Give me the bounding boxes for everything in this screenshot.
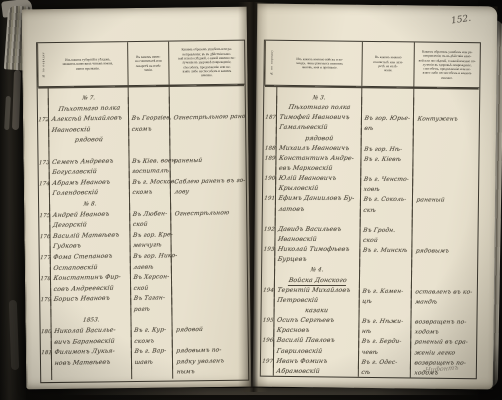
handwritten-text: скѣ <box>363 207 376 213</box>
handwritten-text: Юлій Ивановичъ <box>278 175 337 182</box>
table-row: 192Давидъ ВасильевъВъ Гродн. <box>263 217 478 230</box>
handwritten-text: Въ Любен- <box>132 211 167 218</box>
row-number-cell <box>41 362 52 380</box>
handwritten-text: вичъ Барановскій <box>54 337 115 345</box>
table-body: № 7.Пѣхотнаго полка172Алексѣй МихайловъВ… <box>38 85 249 382</box>
handwritten-text: менчугѣ <box>133 243 162 250</box>
handwritten-text: Иванъ Фоминъ <box>276 357 328 364</box>
handwritten-text: новъ Матвѣевъ <box>54 359 111 367</box>
handwritten-text: 196 <box>262 338 273 344</box>
handwritten-text: шавѣ <box>134 359 153 365</box>
handwritten-text: Остаповскій <box>53 264 98 272</box>
handwritten-text: Андрей Ивановъ <box>52 210 110 218</box>
handwritten-text: ской <box>132 222 148 228</box>
handwritten-text: 194 <box>262 287 273 293</box>
right-page: № по порядку Изъ какихъ имянно войскъ и … <box>253 4 498 390</box>
handwritten-text: сѣ <box>361 370 371 376</box>
handwritten-text: вѣ <box>364 126 374 132</box>
handwritten-text: Семенъ Андреевъ <box>52 157 114 165</box>
register-table-left: № по порядку Изъ какихъ губерній и уѣздо… <box>36 40 249 384</box>
handwritten-text: Въ г. Соколь- <box>363 197 407 203</box>
handwritten-text: № 3. <box>313 95 327 101</box>
handwritten-text: Въ г. Одес- <box>361 360 398 366</box>
handwritten-text: Гамалѣевскій <box>279 124 328 131</box>
handwritten-text: 177 <box>40 255 51 261</box>
handwritten-text: Михаилъ Ивановичъ <box>279 145 350 152</box>
table-row: 175Андрей ИвановъВъ Любен-Огнестрѣльною <box>39 201 248 214</box>
handwritten-text: мандѣ <box>415 299 438 305</box>
handwritten-text: Бурцевъ <box>277 256 307 263</box>
handwritten-text: рядку уволенъ <box>176 358 224 365</box>
header-line: именно. <box>441 76 453 80</box>
header-hospital-column: Въ какомъ имянногошпиталѣ или лаза-ретѣ … <box>362 42 415 87</box>
handwritten-text: Въ г. Камен- <box>362 289 404 295</box>
handwritten-text: 193 <box>263 247 274 253</box>
handwritten-text: латовъ <box>278 205 305 212</box>
handwritten-text: ховѣ <box>363 187 380 193</box>
handwritten-text: Въ Гродн. <box>363 228 396 234</box>
handwritten-text: Давидъ Васильевъ <box>278 226 342 233</box>
handwritten-text: Крыловскій <box>278 185 319 192</box>
handwritten-text: рядовой <box>176 327 204 334</box>
handwritten-text: Гудковъ <box>53 243 82 251</box>
handwritten-text: 173 <box>39 160 50 166</box>
handwritten-text: 190 <box>264 176 275 182</box>
handwritten-text: 176 <box>40 234 51 240</box>
handwritten-text: Тимофей Ивановичъ <box>279 114 350 121</box>
header-remarks-column: Какимъ образомъ ушибенъ или ра-неправлен… <box>414 42 480 87</box>
register-table-right: № по порядку Изъ какихъ имянно войскъ и … <box>260 40 481 380</box>
handwritten-text: Въ г. Кур- <box>134 327 167 334</box>
book-bottom-edge <box>60 388 480 395</box>
handwritten-text: возвращенъ по- <box>414 320 466 326</box>
header-line: чиновъ, имя и прозваніе. <box>302 65 338 70</box>
handwritten-text: казаки <box>305 307 329 314</box>
handwritten-text: Въ г. Вар- <box>134 349 167 356</box>
handwritten-text: Василій Матвѣевъ <box>53 231 120 240</box>
handwritten-text: Красновъ <box>276 327 310 334</box>
handwritten-text: женіи легко <box>414 350 456 356</box>
handwritten-text: 180 <box>41 329 52 335</box>
handwritten-text: Въ Кіев. воен. <box>132 158 178 165</box>
handwritten-text: № 7. <box>82 95 96 101</box>
handwritten-text: Фома Степановъ <box>53 253 113 261</box>
handwritten-text: Въ г. Кіевѣ <box>363 157 401 163</box>
handwritten-text: Въ гор. Юрье- <box>364 116 411 122</box>
handwritten-text: 197 <box>262 358 273 364</box>
handwritten-text: лаевѣ <box>133 264 154 270</box>
handwritten-text: 175 <box>39 213 50 219</box>
table-row: 195Осипъ СергѣевъВъ г. Нѣжи-возвращенъ п… <box>261 309 476 322</box>
header-line: имя и прозваніе. <box>76 66 100 71</box>
handwritten-text: Осипъ Сергѣевъ <box>276 317 334 324</box>
table-row: 188Михаилъ ИвановичъВъ гор. Нѣ- <box>264 136 479 149</box>
handwritten-text: оставленъ въ ко- <box>415 289 473 295</box>
handwritten-text: лову <box>174 190 190 196</box>
handwritten-text: Въ г. Берди- <box>361 339 402 345</box>
handwritten-text: Василій Павловъ <box>276 337 335 344</box>
handwritten-text: Въ г. Минскѣ <box>362 248 407 254</box>
handwritten-text: Въ Херсон- <box>133 274 170 281</box>
handwritten-text: раненый въ сра- <box>414 340 468 346</box>
handwritten-text: 187 <box>265 115 276 121</box>
handwritten-text: Огнестрѣльною <box>174 210 229 217</box>
handwritten-text: Въ гор. Нико- <box>133 253 178 260</box>
handwritten-text: 195 <box>262 318 273 324</box>
handwritten-text: нымъ <box>176 370 195 376</box>
handwritten-text: рядовымъ <box>415 249 449 255</box>
handwritten-text: Контуженъ <box>417 117 458 123</box>
handwritten-text: Въ гор. Нѣ- <box>364 147 403 153</box>
handwritten-text: Пѣхотнаго полка <box>288 104 351 111</box>
handwritten-text: рогѣ <box>133 307 150 313</box>
handwritten-text: ходомъ <box>414 330 439 336</box>
header-hospital-column: Въ какомъ имен-но гошпиталѣ илилазаретѣ … <box>128 42 170 85</box>
handwritten-text: Въ Георгіев. <box>131 115 172 122</box>
handwritten-text: Богуславскій <box>52 168 98 176</box>
handwritten-text: скомъ <box>131 126 152 132</box>
handwritten-text: 178 <box>40 276 51 282</box>
handwritten-text: евъ Марковскій <box>278 165 333 172</box>
handwritten-text: Войска Донского <box>288 276 347 285</box>
header-names-column: Изъ какихъ губерній и уѣздовъ,нижнихъ во… <box>48 42 129 86</box>
row-number-cell: 175 <box>39 204 50 222</box>
handwritten-text: Ефимъ Данииловъ Бу- <box>278 195 355 202</box>
handwritten-text: ской <box>362 238 378 244</box>
table-header: № по порядку Изъ какихъ имянно войскъ и … <box>264 41 480 89</box>
handwritten-text: 188 <box>264 145 275 151</box>
handwritten-text: цѣ <box>362 299 373 305</box>
handwritten-text: раненый <box>174 157 203 164</box>
handwritten-text: 191 <box>264 196 275 202</box>
handwritten-text: раненый <box>416 198 445 204</box>
handwritten-text: Саблею раненъ въ го- <box>174 178 246 186</box>
photo-of-register-book: № по порядку Изъ какихъ губерній и уѣздо… <box>0 0 502 400</box>
handwritten-text: Въ г. Москов. <box>132 179 177 186</box>
handwritten-text: Николай Тимофѣевъ <box>277 246 350 253</box>
handwritten-text: Въ Таган- <box>133 296 165 303</box>
handwritten-text: рядовой <box>305 135 334 142</box>
handwritten-text: ской <box>133 285 149 291</box>
handwritten-text: 189 <box>264 155 275 161</box>
handwritten-text: скомъ <box>134 338 155 344</box>
handwritten-text: 192 <box>263 226 274 232</box>
handwritten-text: Въ г. Ченсто- <box>363 177 409 183</box>
row-number-cell: 173 <box>38 151 49 169</box>
handwritten-text: Абрамъ Ивановъ <box>52 178 111 186</box>
table-header: № по порядку Изъ какихъ губерній и уѣздо… <box>37 41 245 88</box>
handwritten-text: рядовой <box>75 136 104 144</box>
header-line: именно. <box>201 73 213 77</box>
handwritten-text: Дегорскій <box>52 221 87 229</box>
handwritten-text: 172 <box>38 117 49 123</box>
header-names-column: Изъ какихъ имянно войскъ и ко-мандъ, чин… <box>277 41 363 86</box>
left-page: № по порядку Изъ какихъ губерній и уѣздо… <box>22 7 252 390</box>
handwritten-text: 174 <box>39 181 50 187</box>
handwritten-text: 1853. <box>83 318 101 324</box>
handwritten-text: Терентій Михайловъ <box>277 286 351 293</box>
handwritten-text: № 4. <box>311 268 325 274</box>
handwritten-text: Пѣхотнаго полка <box>58 104 121 112</box>
handwritten-text: № 8. <box>83 201 97 207</box>
handwritten-text: Ивановскій <box>51 126 91 134</box>
handwritten-text: 179 <box>40 297 51 303</box>
handwritten-text: Абрамовскій <box>276 368 321 375</box>
page-number: 152. <box>450 14 471 27</box>
table-body: № 3.Пѣхотнаго полка187Тимофей ИвановичъВ… <box>261 86 480 379</box>
handwritten-text: Въ гор. Кре- <box>132 232 173 239</box>
handwritten-text: Въ г. Нѣжи- <box>361 319 403 325</box>
handwritten-text: Гавриловскій <box>276 347 323 354</box>
handwritten-text: Константинъ Андре- <box>278 155 354 162</box>
handwritten-text: Николай Василье- <box>54 327 117 335</box>
handwritten-text: чевѣ <box>361 349 378 355</box>
handwritten-text: нѣ <box>361 329 371 335</box>
handwritten-text: совъ Андреевскій <box>53 284 114 292</box>
handwritten-text: Петровскій <box>277 297 319 304</box>
handwritten-text: 181 <box>41 350 52 356</box>
handwritten-text: Ивановскій <box>277 236 317 243</box>
handwritten-text: госпиталѣ <box>132 168 170 175</box>
header-number-column: № по порядку <box>37 43 49 86</box>
header-remarks-column: Какимъ образомъ ушибенъ или ра-неправлен… <box>169 41 245 85</box>
header-line: ченіи. <box>144 68 153 72</box>
header-line: ченіи. <box>384 68 393 72</box>
header-number-column: № по порядку <box>264 41 278 85</box>
handwritten-text: скомъ <box>132 190 153 196</box>
